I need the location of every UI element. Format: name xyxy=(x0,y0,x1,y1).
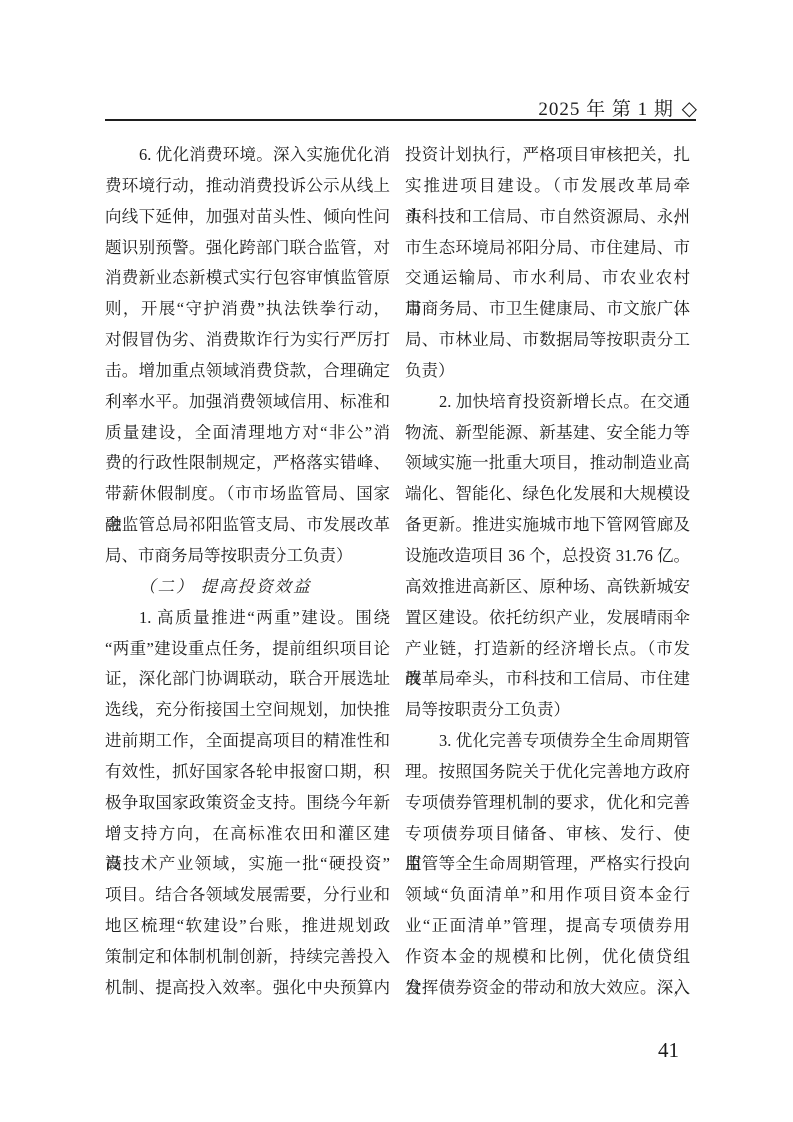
text-line: 有效性，抓好国家各轮申报窗口期，积 xyxy=(105,757,390,788)
text-line: 监管等全生命周期管理，严格实行投向 xyxy=(405,849,690,880)
text-line: 负责） xyxy=(405,356,690,387)
text-line: 进前期工作，全面提高项目的精准性和 xyxy=(105,726,390,757)
text-line: 3. 优化完善专项债券全生命周期管 xyxy=(405,726,690,757)
text-line: 领域实施一批重大项目，推动制造业高 xyxy=(405,448,690,479)
text-line: 置区建设。依托纺织产业，发展晴雨伞 xyxy=(405,603,690,634)
text-line: 击。增加重点领域消费贷款，合理确定 xyxy=(105,356,390,387)
text-line: 局、市商务局等按职责分工负责） xyxy=(105,541,390,572)
text-line: 选线，充分衔接国土空间规划，加快推 xyxy=(105,695,390,726)
text-line: 专项债券项目储备、审核、发行、使用、 xyxy=(405,819,690,850)
text-line: “两重”建设重点任务，提前组织项目论 xyxy=(105,634,390,665)
text-line: 局、市林业局、市数据局等按职责分工 xyxy=(405,325,690,356)
text-line: 业“正面清单”管理，提高专项债券用 xyxy=(405,911,690,942)
text-line: 局等按职责分工负责） xyxy=(405,695,690,726)
text-line: 则，开展“守护消费”执法铁拳行动， xyxy=(105,294,390,325)
text-line: 质量建设，全面清理地方对“非公”消 xyxy=(105,418,390,449)
text-line: 发挥债券资金的带动和放大效应。深入 xyxy=(405,973,690,1004)
text-line: 策制定和体制机制创新，持续完善投入 xyxy=(105,942,390,973)
text-line: 作资本金的规模和比例，优化债贷组合， xyxy=(405,942,690,973)
text-line: 市生态环境局祁阳分局、市住建局、市 xyxy=(405,233,690,264)
text-line: 机制、提高投入效率。强化中央预算内 xyxy=(105,973,390,1004)
text-line: 备更新。推进实施城市地下管网管廊及 xyxy=(405,510,690,541)
text-line: 市科技和工信局、市自然资源局、永州 xyxy=(405,202,690,233)
issue-label: 2025 年 第 1 期 xyxy=(538,99,674,120)
text-line: 带薪休假制度。（市市场监管局、国家金 xyxy=(105,479,390,510)
text-line: （二） 提高投资效益 xyxy=(105,572,390,603)
text-line: 利率水平。加强消费领域信用、标准和 xyxy=(105,387,390,418)
text-line: 消费新业态新模式实行包容审慎监管原 xyxy=(105,263,390,294)
text-line: 费环境行动，推动消费投诉公示从线上 xyxy=(105,171,390,202)
text-line: 理。按照国务院关于优化完善地方政府 xyxy=(405,757,690,788)
text-line: 专项债券管理机制的要求，优化和完善 xyxy=(405,788,690,819)
header-divider xyxy=(105,119,696,121)
text-line: 极争取国家政策资金支持。围绕今年新 xyxy=(105,788,390,819)
text-line: 高效推进高新区、原种场、高铁新城安 xyxy=(405,572,690,603)
text-line: 6. 优化消费环境。深入实施优化消 xyxy=(105,140,390,171)
text-line: 地区梳理“软建设”台账，推进规划政 xyxy=(105,911,390,942)
text-line: 对假冒伪劣、消费欺诈行为实行严厉打 xyxy=(105,325,390,356)
text-line: 物流、新型能源、新基建、安全能力等 xyxy=(405,418,690,449)
left-column: 6. 优化消费环境。深入实施优化消费环境行动，推动消费投诉公示从线上向线下延伸，… xyxy=(105,140,390,1004)
text-line: 领域“负面清单”和用作项目资本金行 xyxy=(405,880,690,911)
text-line: 题识别预警。强化跨部门联合监管，对 xyxy=(105,233,390,264)
text-line: 市商务局、市卫生健康局、市文旅广体 xyxy=(405,294,690,325)
text-line: 项目。结合各领域发展需要，分行业和 xyxy=(105,880,390,911)
diamond-icon: ◇ xyxy=(682,98,698,120)
document-page: 2025 年 第 1 期 ◇ 6. 优化消费环境。深入实施优化消费环境行动，推动… xyxy=(0,0,793,1122)
page-header: 2025 年 第 1 期 ◇ xyxy=(538,94,698,121)
text-line: 费的行政性限制规定，严格落实错峰、 xyxy=(105,448,390,479)
text-line: 2. 加快培育投资新增长点。在交通 xyxy=(405,387,690,418)
text-line: 投资计划执行，严格项目审核把关，扎 xyxy=(405,140,690,171)
text-line: 融监管总局祁阳监管支局、市发展改革 xyxy=(105,510,390,541)
page-number: 41 xyxy=(658,1038,679,1063)
text-line: 设施改造项目 36 个，总投资 31.76 亿。 xyxy=(405,541,690,572)
text-line: 交通运输局、市水利局、市农业农村局、 xyxy=(405,263,690,294)
text-line: 1. 高质量推进“两重”建设。围绕 xyxy=(105,603,390,634)
text-line: 端化、智能化、绿色化发展和大规模设 xyxy=(405,479,690,510)
text-line: 产业链，打造新的经济增长点。（市发展 xyxy=(405,634,690,665)
text-line: 向线下延伸，加强对苗头性、倾向性问 xyxy=(105,202,390,233)
text-line: 实推进项目建设。（市发展改革局牵头， xyxy=(405,171,690,202)
text-line: 高技术产业领域，实施一批“硬投资” xyxy=(105,849,390,880)
text-line: 增支持方向，在高标准农田和灌区建设、 xyxy=(105,819,390,850)
right-column: 投资计划执行，严格项目审核把关，扎实推进项目建设。（市发展改革局牵头，市科技和工… xyxy=(405,140,690,1004)
text-line: 改革局牵头，市科技和工信局、市住建 xyxy=(405,664,690,695)
text-line: 证，深化部门协调联动，联合开展选址 xyxy=(105,664,390,695)
